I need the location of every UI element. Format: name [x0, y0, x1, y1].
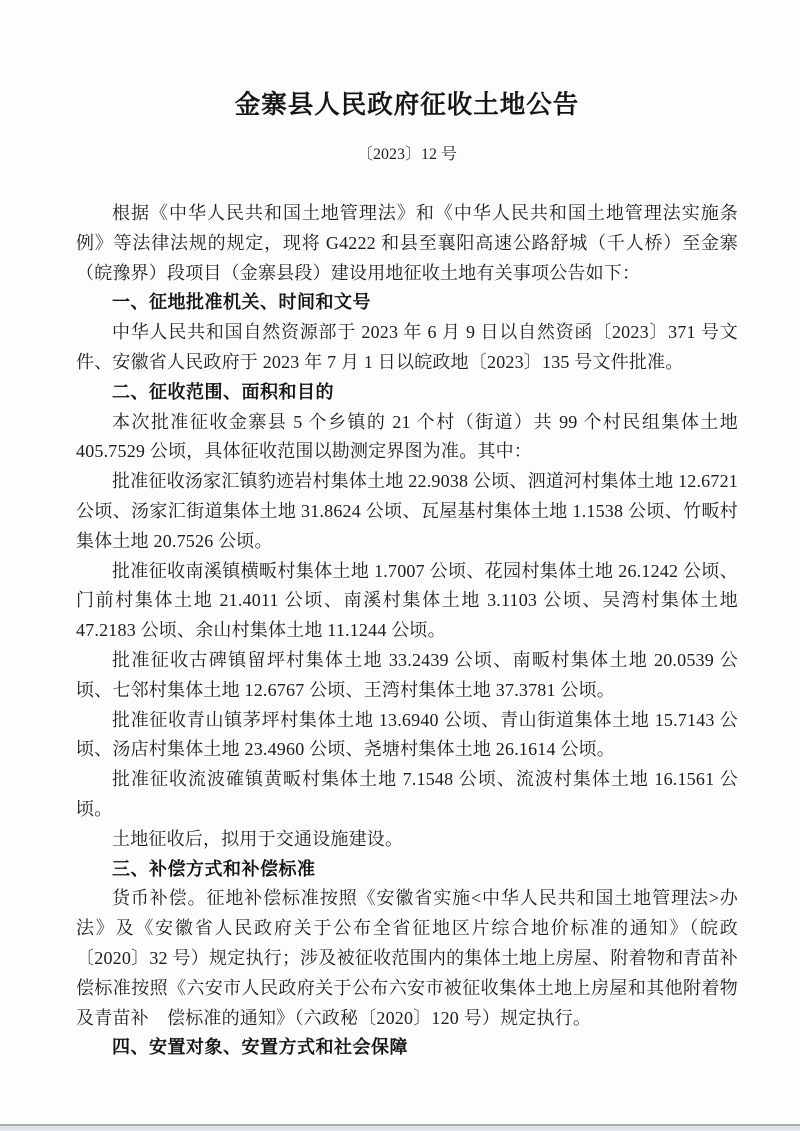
body-paragraph: 货币补偿。征地补偿标准按照《安徽省实施<中华人民共和国土地管理法>办法》及《安徽…	[76, 884, 738, 1033]
document-page: 金寨县人民政府征收土地公告 〔2023〕12 号 根据《中华人民共和国土地管理法…	[0, 0, 800, 1131]
body-paragraph: 批准征收汤家汇镇豹迹岩村集体土地 22.9038 公顷、泗道河村集体土地 12.…	[76, 467, 738, 556]
body-paragraph: 土地征收后，拟用于交通设施建设。	[76, 825, 738, 855]
section-heading: 二、征收范围、面积和目的	[76, 378, 738, 408]
body-paragraph: 根据《中华人民共和国土地管理法》和《中华人民共和国土地管理法实施条例》等法律法规…	[76, 199, 738, 288]
section-heading: 三、补偿方式和补偿标准	[76, 855, 738, 885]
document-body: 根据《中华人民共和国土地管理法》和《中华人民共和国土地管理法实施条例》等法律法规…	[76, 199, 738, 1063]
body-paragraph: 批准征收流波確镇黄畈村集体土地 7.1548 公顷、流波村集体土地 16.156…	[76, 765, 738, 825]
document-number: 〔2023〕12 号	[76, 144, 738, 166]
body-paragraph: 批准征收古碑镇留坪村集体土地 33.2439 公顷、南畈村集体土地 20.053…	[76, 646, 738, 706]
document-title: 金寨县人民政府征收土地公告	[76, 88, 738, 122]
section-heading: 四、安置对象、安置方式和社会保障	[76, 1033, 738, 1063]
section-heading: 一、征地批准机关、时间和文号	[76, 288, 738, 318]
body-paragraph: 本次批准征收金寨县 5 个乡镇的 21 个村（街道）共 99 个村民组集体土地 …	[76, 408, 738, 468]
document-content: 金寨县人民政府征收土地公告 〔2023〕12 号 根据《中华人民共和国土地管理法…	[76, 88, 738, 1063]
body-paragraph: 批准征收南溪镇横畈村集体土地 1.7007 公顷、花园村集体土地 26.1242…	[76, 557, 738, 646]
page-bottom-scan-edge	[0, 1124, 800, 1131]
body-paragraph: 中华人民共和国自然资源部于 2023 年 6 月 9 日以自然资函〔2023〕3…	[76, 318, 738, 378]
body-paragraph: 批准征收青山镇茅坪村集体土地 13.6940 公顷、青山街道集体土地 15.71…	[76, 706, 738, 766]
